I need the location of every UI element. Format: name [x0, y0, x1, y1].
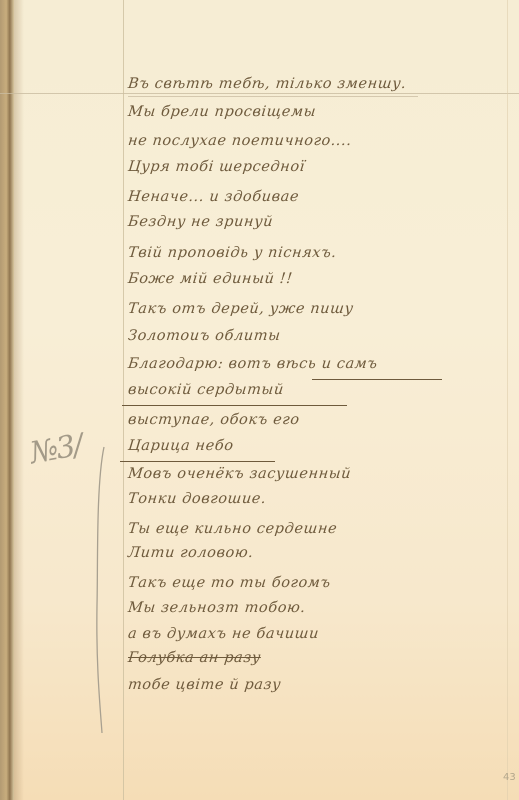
text-line: Мы брели просвiщемы: [127, 104, 317, 120]
text-line: Такъ отъ дерей, уже пишу: [127, 301, 354, 317]
text-line: Ты еще кильно сердешне: [127, 521, 338, 537]
header-rule-line: [0, 93, 519, 94]
text-line: Золотоиъ облиты: [127, 328, 281, 344]
underline: [128, 96, 418, 97]
underline: [312, 379, 442, 380]
text-line: Царица небо: [127, 438, 234, 454]
text-line: Мовъ оченёкъ засушенный: [127, 466, 352, 482]
text-line: выступае, обокъ его: [127, 412, 300, 428]
text-line: Боже мiй единый !!: [127, 271, 293, 287]
text-line: Тонки довгошие.: [127, 491, 267, 507]
text-line: Цуря тобi шерседної: [127, 159, 306, 175]
text-line: Благодарю: вотъ вѣсь и самъ: [127, 356, 378, 372]
text-line: Мы зельнозт тобою.: [127, 600, 306, 616]
folio-number: 43: [503, 772, 516, 783]
text-line: высокiй сердытый: [127, 382, 285, 398]
manuscript-page: Въ cвѣтѣ тебѣ, тiлько зменшу. Мы брели п…: [0, 0, 519, 800]
text-line: Въ cвѣтѣ тебѣ, тiлько зменшу.: [127, 76, 407, 92]
margin-rule-line: [123, 0, 124, 800]
struck-text-line: Голубка ан разу: [127, 650, 261, 666]
text-line: Твiй проповiдь у пiсняхъ.: [127, 245, 337, 261]
right-rule-line: [507, 0, 508, 800]
margin-bracket: [92, 445, 106, 735]
book-gutter: [0, 0, 14, 800]
margin-number-mark: №3/: [27, 428, 84, 471]
text-line: Такъ еще то ты богомъ: [127, 575, 331, 591]
text-line: а въ думахъ не бачиши: [127, 626, 320, 642]
text-line: Лити головою.: [127, 545, 254, 561]
text-line: не послухаe поетичного....: [127, 133, 352, 149]
text-line: Неначе... и здобиваe: [127, 189, 300, 205]
underline: [120, 461, 275, 462]
text-line: Бездну не зринуй: [127, 214, 274, 230]
text-line: тобе цвiте й разу: [127, 677, 282, 693]
gutter-shadow: [14, 0, 24, 800]
underline: [122, 405, 347, 406]
